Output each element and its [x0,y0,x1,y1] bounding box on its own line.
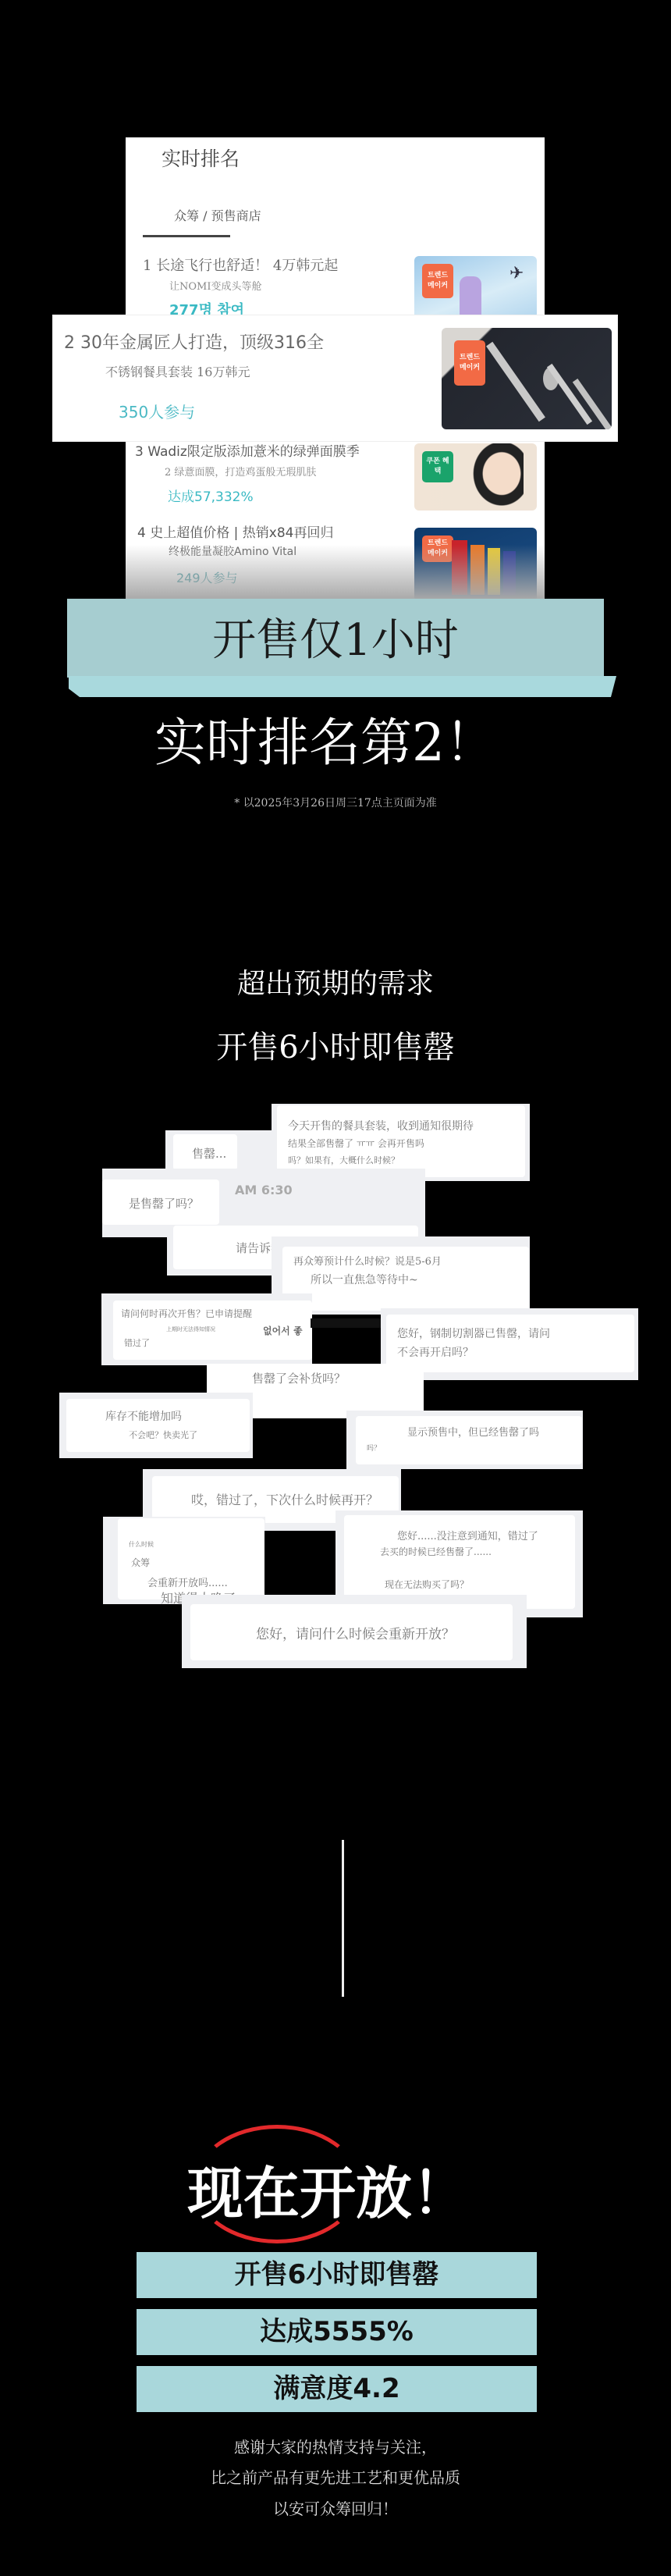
pillow-bag-icon [460,276,481,318]
item-participants: 350人参与 [119,400,195,422]
banner-sale-one-hour: 开售仅1小时 [67,606,604,668]
ranking-item-3[interactable]: 3 Wadiz限定版添加薏米的绿弹面膜季 2 绿薏面膜，打造鸡蛋般无瑕肌肤 达成… [135,440,400,507]
stat-sold-out-6h: 开售6小时即售罄 [137,2252,537,2298]
tab-active-underline [143,235,230,237]
banner-torn-edge [69,676,616,697]
trend-maker-badge: 트렌드 메이커 [422,264,453,298]
thanks-line-3: 以安可众筹回归！ [0,2496,671,2519]
footnote-date: * 以2025年3月26日周三17点主页面为准 [0,795,671,810]
sold-out-heading: 开售6小时即售罄 [0,1023,671,1067]
item-title: 2 30年金属匠人打造，顶级316全 [64,329,324,354]
ranking-item-2-highlight[interactable]: 2 30年金属匠人打造，顶级316全 不锈钢餐具套装 16万韩元 350人参与 … [53,315,617,441]
face-mask-thumbnail[interactable]: 쿠폰 혜택 [414,443,537,511]
fork-icon [486,342,545,422]
dark-bar [311,1318,382,1328]
black-square [264,1531,336,1595]
chat-bubble-presale-sold-out: 显示预售中，但已经售罄了吗 吗？ [356,1416,582,1464]
chat-bubble-stock-increase: 库存不能增加吗 不会吧？快卖光了 [66,1399,250,1452]
coupon-badge: 쿠폰 혜택 [422,451,453,482]
tab-crowdfunding-preorder[interactable]: 众筹 / 预售商店 [174,206,261,224]
airplane-thumbnail[interactable]: 트렌드 메이커 ✈ [414,256,537,318]
open-now-title: 现在开放！ [0,2148,671,2229]
card-fade [126,545,545,600]
cutlery-thumbnail[interactable]: 트렌드 메이커 [442,328,612,429]
thanks-line-1: 感谢大家的热情支持与关注， [0,2435,671,2457]
chat-timestamp: AM 6:30 [235,1183,293,1197]
chat-bubble-next-crowdfund: 再众筹预计什么时候？说是5-6月 所以一直焦急等待中~ [282,1247,529,1311]
item-achievement: 达成57,332% [168,486,254,505]
trend-maker-badge: 트렌드 메이커 [454,340,485,386]
chat-bubble-sold-out: 售罄... [173,1134,237,1170]
thanks-line-2: 比之前产品有更先进工艺和更优品质 [0,2465,671,2488]
chat-bubble-reopen-crowdfund: 什么时候 众筹 会重新开放吗...... 知道得太晚了 [118,1518,264,1599]
headline-rank-2: 实时排名第2！ [0,701,671,775]
item-subtitle: 让NOMI变成头等舱 [169,278,261,293]
chat-bubble-is-sold-out: 是售罄了吗？ [102,1179,219,1225]
airplane-icon: ✈ [509,264,524,283]
chat-bubble-reopen-when: 您好，请问什么时候会重新开放？ [190,1604,513,1660]
demand-heading: 超出预期的需求 [0,962,671,1002]
item-title: 1 长途飞行也舒适！ 4万韩元起 [143,254,338,275]
woman-face-image [469,443,524,511]
item-title: 3 Wadiz限定版添加薏米的绿弹面膜季 [135,440,360,460]
stat-satisfaction: 满意度4.2 [137,2366,537,2412]
vertical-divider [342,1840,344,1997]
stat-achievement: 达成5555% [137,2309,537,2355]
ranking-title: 实时排名 [162,144,240,172]
item-subtitle: 不锈钢餐具套装 16万韩元 [105,362,250,380]
chat-bubble-tableware: 今天开售的餐具套装，收到通知很期待 结果全部售罄了 ㅠㅠ 会再开售吗 吗？如果有… [277,1105,525,1177]
chat-bubble-when-reopen: 请问何时再次开售？已申请提醒 上期时无法得知情况 错过了 없어서 좋 [113,1300,312,1360]
item-title: 4 史上超值价格 | 热销x84再回归 [137,521,333,541]
item-subtitle: 2 绿薏面膜，打造鸡蛋般无瑕肌肤 [165,464,316,479]
